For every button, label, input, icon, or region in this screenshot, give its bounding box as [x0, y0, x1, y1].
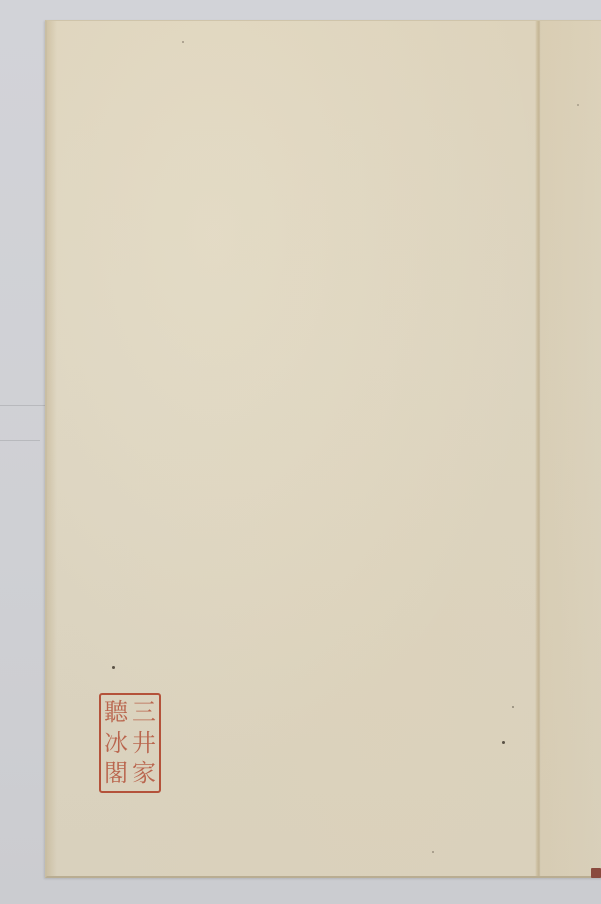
paper-speck	[432, 851, 434, 853]
paper-speck	[502, 741, 505, 744]
seal-character: 三	[130, 697, 158, 728]
red-seal-stamp: 聽 冰 閣 三 井 家	[99, 693, 161, 793]
page-edge-shadow	[47, 21, 57, 876]
seal-character: 聽	[102, 697, 130, 728]
page-fold-line	[535, 21, 541, 876]
book-page: 聽 冰 閣 三 井 家	[45, 20, 601, 878]
seal-character: 家	[130, 758, 158, 789]
seal-character: 冰	[102, 728, 130, 759]
underlay-sheet-edge	[0, 405, 46, 406]
seal-character: 閣	[102, 758, 130, 789]
paper-speck	[577, 104, 579, 106]
paper-speck	[112, 666, 115, 669]
page-fold-area	[541, 21, 601, 876]
paper-speck	[512, 706, 514, 708]
paper-speck	[182, 41, 184, 43]
seal-character: 井	[130, 728, 158, 759]
corner-tab-mark	[591, 868, 601, 878]
underlay-sheet-edge	[0, 440, 40, 441]
